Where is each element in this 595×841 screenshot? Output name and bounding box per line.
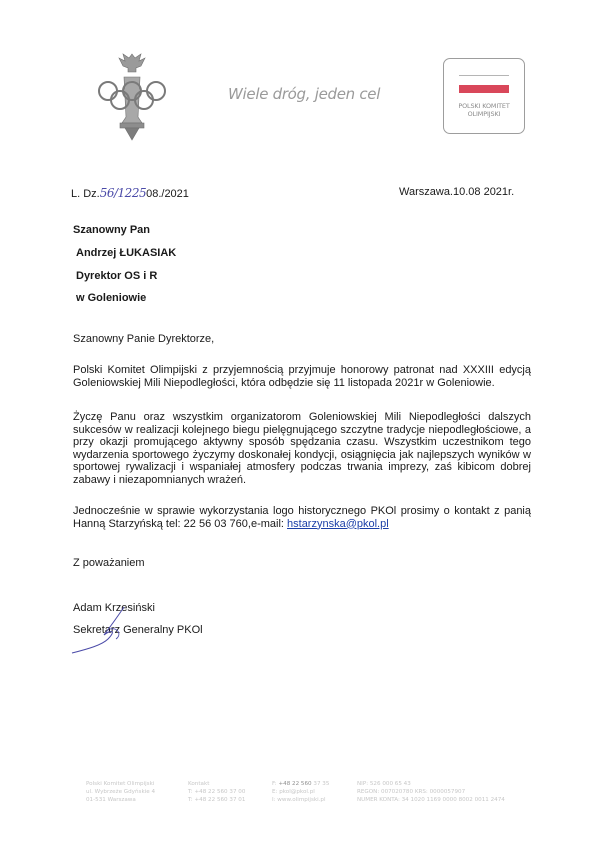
pkol-logo: POLSKI KOMITET OLIMPIJSKI	[443, 58, 525, 134]
letter-date: Warszawa.10.08 2021r.	[399, 186, 514, 198]
footer-address: Polski Komitet Olimpijski ul. Wybrzeże G…	[86, 780, 155, 805]
paragraph-patronage: Polski Komitet Olimpijski z przyjemności…	[73, 364, 531, 389]
handwritten-signature-icon	[66, 605, 156, 655]
footer-email: E: pkol@pkol.pl	[272, 788, 329, 796]
footer-registry: NIP: 526 000 65 43 REGON: 007020780 KRS:…	[357, 780, 505, 805]
addressee-greeting: Szanowny Pan	[73, 224, 150, 236]
closing: Z poważaniem	[73, 557, 145, 569]
handwritten-reference: 56/1225	[100, 186, 146, 200]
reference-number: L. Dz.56/122508./2021	[71, 186, 189, 200]
salutation: Szanowny Panie Dyrektorze,	[73, 333, 531, 346]
addressee-position: Dyrektor OS i R	[76, 270, 157, 282]
addressee-name: Andrzej ŁUKASIAK	[76, 247, 176, 259]
tagline: Wiele dróg, jeden cel	[228, 85, 380, 103]
footer-fax: F: +48 22 560 37 35	[272, 780, 329, 788]
footer-online: F: +48 22 560 37 35 E: pkol@pkol.pl I: w…	[272, 780, 329, 805]
paragraph-contact: Jednocześnie w sprawie wykorzystania log…	[73, 505, 531, 530]
footer-www: I: www.olimpijski.pl	[272, 796, 329, 804]
addressee-location: w Goleniowie	[76, 292, 146, 304]
paragraph-wishes: Życzę Panu oraz wszystkim organizatorom …	[73, 411, 531, 487]
olympic-eagle-emblem-icon	[92, 50, 172, 142]
flag-red-stripe-icon	[459, 85, 509, 93]
logo-divider	[459, 75, 509, 76]
logo-text: POLSKI KOMITET OLIMPIJSKI	[444, 103, 524, 118]
footer-contact: Kontakt T: +48 22 560 37 00 T: +48 22 56…	[188, 780, 245, 805]
email-link[interactable]: hstarzynska@pkol.pl	[287, 518, 389, 530]
